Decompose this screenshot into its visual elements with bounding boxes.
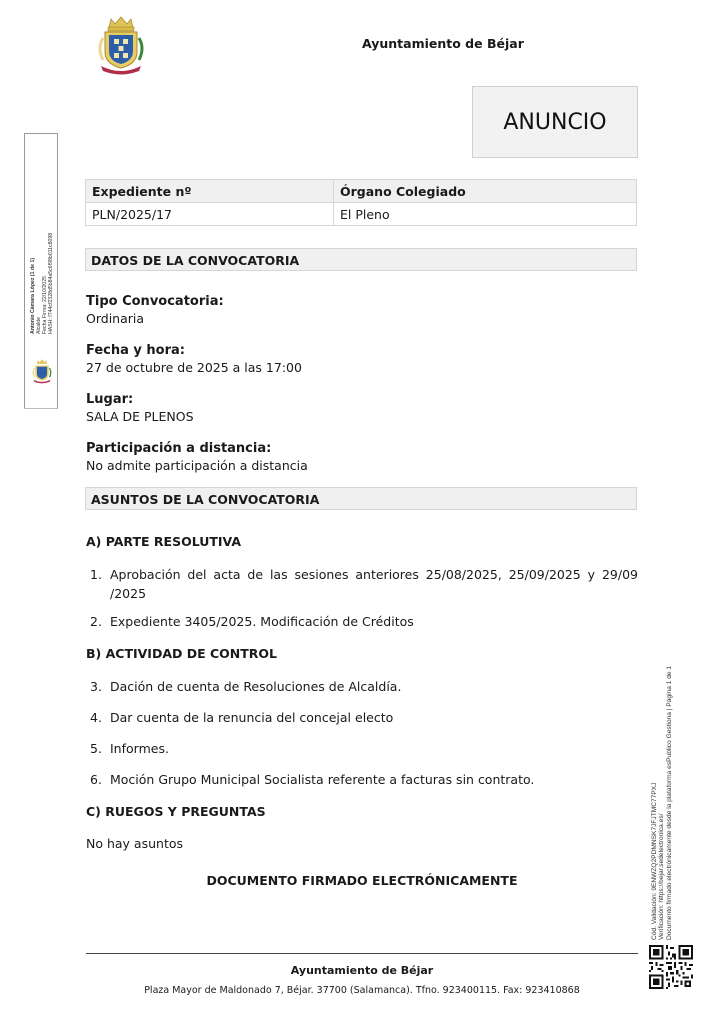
no-asuntos-text: No hay asuntos: [86, 836, 183, 851]
table-header-row: Expediente nº Órgano Colegiado: [86, 180, 637, 203]
table-row: PLN/2025/17 El Pleno: [86, 203, 637, 226]
item-number: 6.: [90, 770, 110, 789]
field-label-participacion: Participación a distancia:: [86, 441, 271, 456]
signed-notice: DOCUMENTO FIRMADO ELECTRÓNICAMENTE: [0, 873, 724, 888]
item-text: Dación de cuenta de Resoluciones de Alca…: [110, 677, 638, 696]
field-value-tipo: Ordinaria: [86, 311, 144, 326]
verification-text: Cód. Validación: 9ENWZQ2PDMNSK7JFJTMC77P…: [651, 666, 673, 940]
section-asuntos-header: ASUNTOS DE LA CONVOCATORIA: [85, 487, 637, 510]
signature-hash: HASH: f744cf2328d5b84a5c6f98b011c8098: [48, 233, 54, 334]
organization-title: Ayuntamiento de Béjar: [362, 36, 524, 51]
item-text: Aprobación del acta de las sesiones ante…: [110, 565, 638, 603]
footer-divider: [86, 953, 638, 954]
organo-value: El Pleno: [334, 203, 637, 226]
item-text: Expediente 3405/2025. Modificación de Cr…: [110, 612, 638, 631]
group-ruegos-preguntas: C) RUEGOS Y PREGUNTAS: [86, 804, 266, 819]
signature-text: Antonio Cámara López (1 de 1) Alcalde Fe…: [30, 233, 54, 334]
coat-of-arms-icon: [93, 14, 149, 76]
item-text: Moción Grupo Municipal Socialista refere…: [110, 770, 638, 789]
item-number: 5.: [90, 739, 110, 758]
item-text: Dar cuenta de la renuncia del concejal e…: [110, 708, 638, 727]
item-number: 2.: [90, 612, 110, 631]
field-value-fecha: 27 de octubre de 2025 a las 17:00: [86, 360, 302, 375]
field-label-fecha: Fecha y hora:: [86, 343, 185, 358]
item-text: Informes.: [110, 739, 638, 758]
expediente-table: Expediente nº Órgano Colegiado PLN/2025/…: [85, 179, 637, 226]
document-type-label: ANUNCIO: [503, 110, 606, 135]
header-expediente: Expediente nº: [86, 180, 334, 203]
platform-notice: Documento firmado electrónicamente desde…: [666, 666, 673, 940]
footer-organization-text: Ayuntamiento de Béjar: [291, 964, 433, 977]
item-number: 4.: [90, 708, 110, 727]
signature-strip: Antonio Cámara López (1 de 1) Alcalde Fe…: [24, 133, 58, 409]
field-label-tipo: Tipo Convocatoria:: [86, 294, 224, 309]
list-item: 3. Dación de cuenta de Resoluciones de A…: [90, 677, 638, 696]
verification-url[interactable]: Verificación: https://bejar.sedelectroni…: [658, 666, 665, 940]
list-item: 1. Aprobación del acta de las sesiones a…: [90, 565, 638, 603]
field-value-participacion: No admite participación a distancia: [86, 458, 308, 473]
field-value-lugar: SALA DE PLENOS: [86, 409, 194, 424]
coat-of-arms-icon: [30, 358, 54, 384]
footer-address-text: Plaza Mayor de Maldonado 7, Béjar. 37700…: [144, 985, 580, 996]
footer-organization: Ayuntamiento de Béjar: [0, 964, 724, 977]
footer-address: Plaza Mayor de Maldonado 7, Béjar. 37700…: [0, 985, 724, 996]
list-item: 5. Informes.: [90, 739, 638, 758]
list-item: 4. Dar cuenta de la renuncia del conceja…: [90, 708, 638, 727]
item-number: 3.: [90, 677, 110, 696]
list-item: 6. Moción Grupo Municipal Socialista ref…: [90, 770, 638, 789]
field-label-lugar: Lugar:: [86, 392, 133, 407]
header-organo: Órgano Colegiado: [334, 180, 637, 203]
signed-notice-text: DOCUMENTO FIRMADO ELECTRÓNICAMENTE: [206, 873, 517, 888]
coat-of-arms-logo: [93, 14, 149, 76]
list-item: 2. Expediente 3405/2025. Modificación de…: [90, 612, 638, 631]
group-parte-resolutiva: A) PARTE RESOLUTIVA: [86, 534, 241, 549]
document-type-box: ANUNCIO: [472, 86, 638, 158]
validation-code: Cód. Validación: 9ENWZQ2PDMNSK7JFJTMC77P…: [651, 666, 658, 940]
expediente-value: PLN/2025/17: [86, 203, 334, 226]
section-datos-header: DATOS DE LA CONVOCATORIA: [85, 248, 637, 271]
group-actividad-control: B) ACTIVIDAD DE CONTROL: [86, 646, 277, 661]
item-number: 1.: [90, 565, 110, 584]
